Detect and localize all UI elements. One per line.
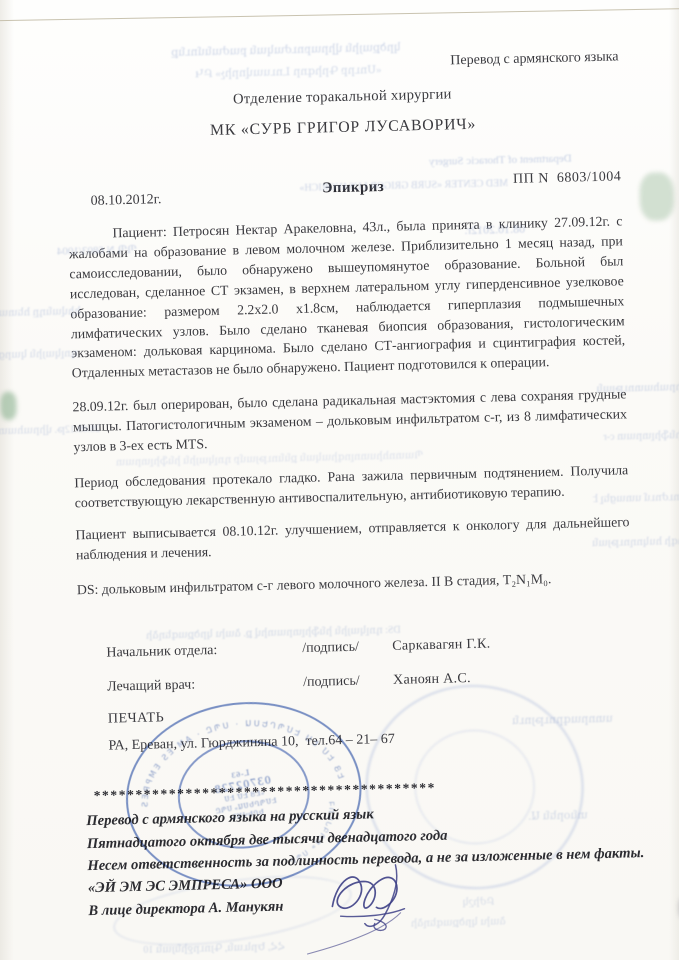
signatory-row: Начальник отдела: /подпись/ Саркавагян Г… bbox=[106, 631, 632, 663]
document-date: 08.10.2012г. bbox=[91, 192, 162, 210]
director-label: В лице директора А. Манукян bbox=[88, 895, 283, 922]
translation-note: Перевод с армянского языка bbox=[64, 49, 618, 78]
department-title: Отделение торакальной хирургии bbox=[65, 82, 619, 112]
clinic-title: МК «СУРБ ГРИГОР ЛУСАВОРИЧ» bbox=[66, 112, 620, 143]
paragraph-recovery: Период обследования протекало гладко. Ра… bbox=[74, 461, 629, 514]
document-title: Эпикриз bbox=[177, 176, 529, 201]
meta-row: 08.10.2012г. Эпикриз ПП N 6803/1004 bbox=[67, 170, 621, 200]
diagnosis-line: DS: дольковым инфильтратом с-г левого мо… bbox=[77, 568, 631, 601]
paragraph-anamnesis: Пациент: Петросян Нектар Аракеловна, 43л… bbox=[68, 211, 626, 383]
paragraph-discharge: Пациент выписывается 08.10.12г. улучшени… bbox=[75, 513, 630, 566]
scanned-document-page: կրծքային վիրաբուժական բաժանմունք«Սուրբ Գ… bbox=[0, 0, 679, 960]
signatory-name: Саркавагян Г.К. bbox=[392, 635, 491, 657]
document-number: ПП N 6803/1004 bbox=[513, 169, 622, 188]
signatory-role: Начальник отдела: bbox=[106, 639, 302, 664]
document-content: կրծքային վիրաբուժական բաժանմունք«Սուրբ Գ… bbox=[0, 0, 679, 960]
signature-block: Начальник отдела: /подпись/ Саркавагян Г… bbox=[106, 631, 633, 697]
signature-placeholder: /подпись/ bbox=[302, 637, 392, 659]
signatory-role: Лечащий врач: bbox=[107, 673, 303, 698]
director-signature bbox=[303, 854, 535, 959]
paragraph-operation: 28.09.12г. был оперирован, было сделана … bbox=[72, 385, 627, 458]
signatory-row: Лечащий врач: /подпись/ Ханоян А.С. bbox=[107, 665, 633, 697]
stamp-center-text: Լ-63 03702728 «ԷՅ ԷՄ ԷՍ ԷՄՊՐԵՍԱ» ՍՊԸ ԵՐԵ… bbox=[180, 759, 307, 830]
signatory-name: Ханоян А.С. bbox=[393, 669, 471, 691]
